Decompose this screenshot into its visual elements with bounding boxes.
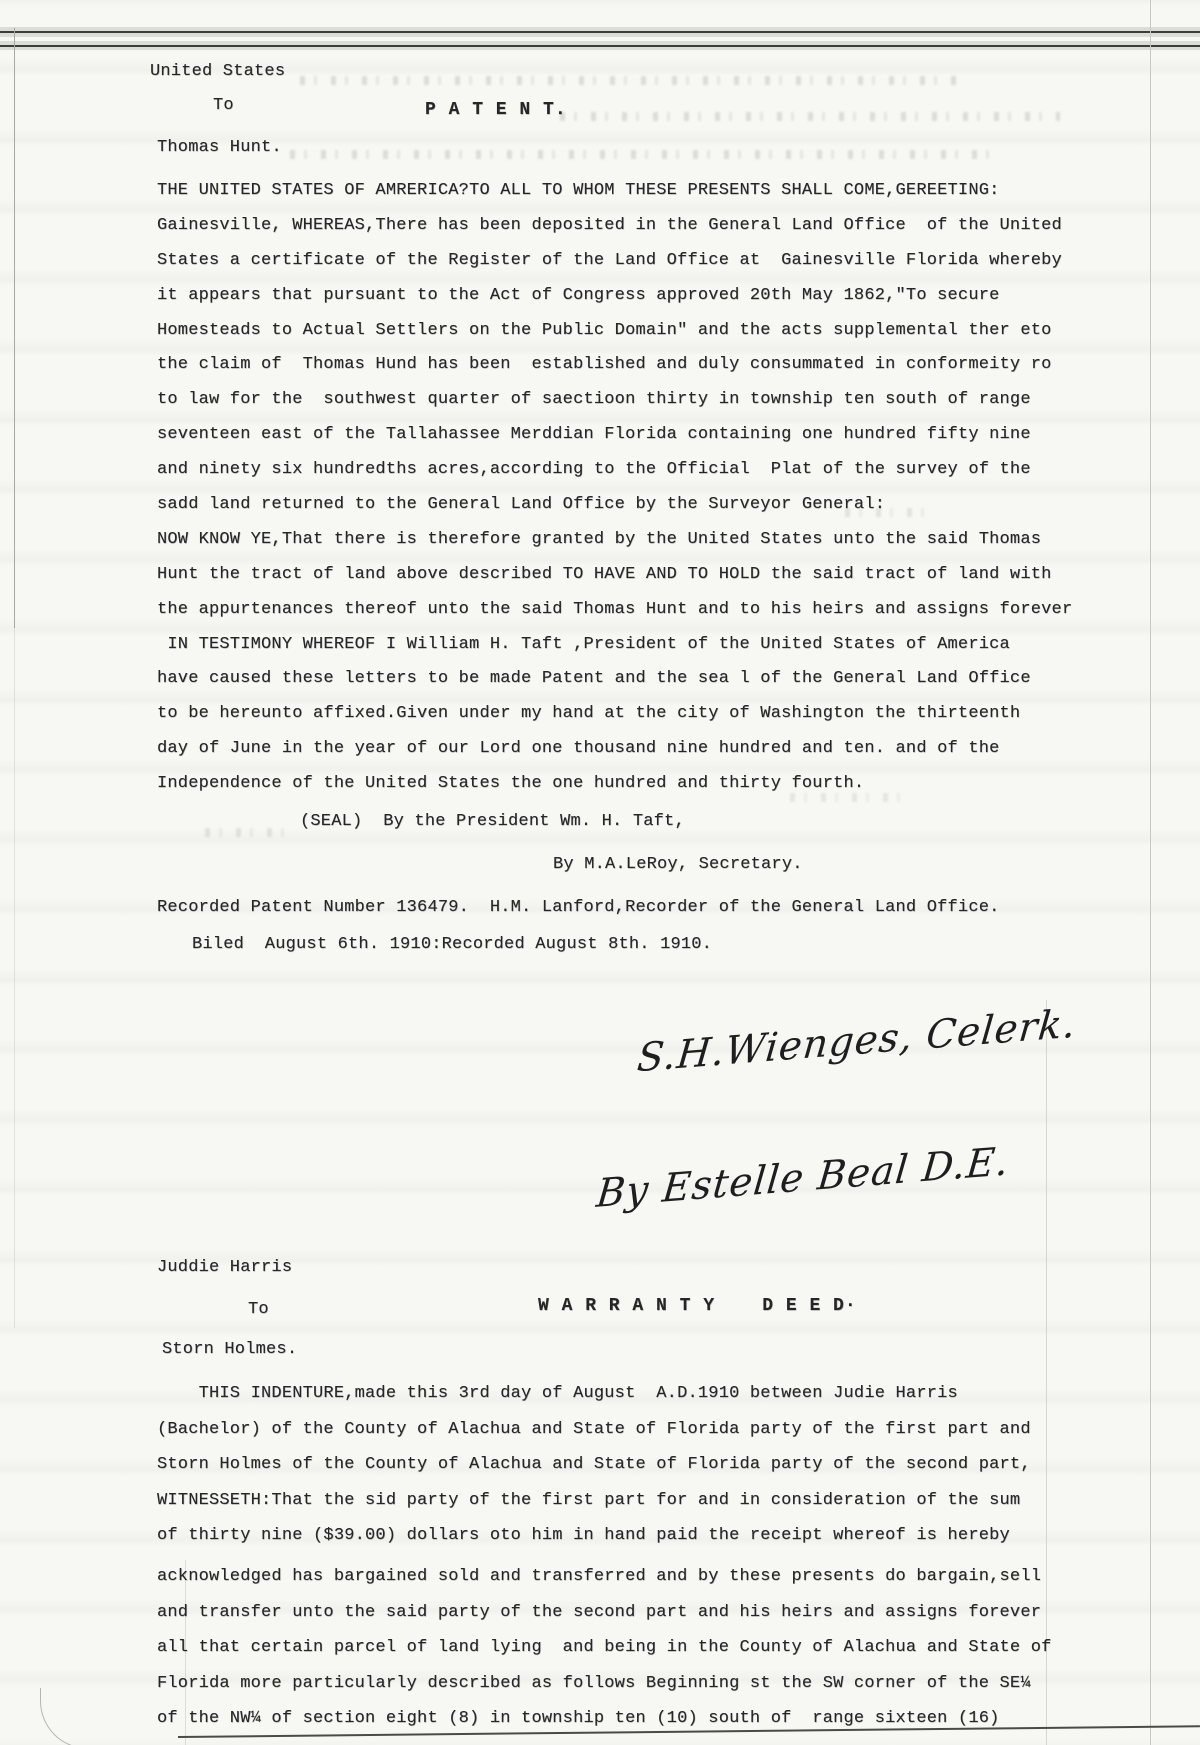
deed-grantor: Juddie Harris [157,1258,292,1277]
patent-body-line: it appears that pursuant to the Act of C… [157,279,1072,314]
patent-body-line: day of June in the year of our Lord one … [157,732,1072,767]
patent-body-line: sadd land returned to the General Land O… [157,488,1072,523]
patent-seal-line: (SEAL) By the President Wm. H. Taft, [300,812,685,831]
patent-filed-line: Biled August 6th. 1910:Recorded August 8… [192,935,712,954]
patent-body-line: Independence of the United States the on… [157,767,1072,802]
left-edge-line-faint [14,628,15,1328]
deed-body-line: acknowledged has bargained sold and tran… [157,1559,1052,1595]
ink-smudge [560,112,1060,121]
top-rule-1 [0,31,1200,33]
top-rule-2 [0,45,1200,47]
patent-body-line: IN TESTIMONY WHEREOF I William H. Taft ,… [157,628,1072,663]
clerk-signature: S.H.Wienges, Celerk. By Estelle Beal D.E… [614,913,1087,1303]
deed-to-label: To [248,1300,269,1319]
deed-body-line: THIS INDENTURE,made this 3rd day of Augu… [157,1376,1052,1412]
patent-body-line: THE UNITED STATES OF AMRERICA?TO ALL TO … [157,174,1072,209]
scanned-document-page: United States To P A T E N T. Thomas Hun… [0,0,1200,1745]
left-edge-line [14,28,15,628]
page-corner-curve [40,1688,111,1745]
patent-body-line: and ninety six hundredths acres,accordin… [157,453,1072,488]
deed-body-line: all that certain parcel of land lying an… [157,1630,1052,1666]
patent-body-line: States a certificate of the Register of … [157,244,1072,279]
deed-body-line: WITNESSETH:That the sid party of the fir… [157,1483,1052,1519]
patent-body-line: Gainesville, WHEREAS,There has been depo… [157,209,1072,244]
clerk-signature-line-2: By Estelle Beal D.E. [594,1136,1065,1217]
deed-body-line: and transfer unto the said party of the … [157,1595,1052,1631]
deed-title: W A R R A N T Y D E E D· [538,1296,857,1316]
patent-secretary-line: By M.A.LeRoy, Secretary. [553,855,803,874]
patent-body-line: the appurtenances thereof unto the said … [157,593,1072,628]
patent-body-line: Homesteads to Actual Settlers on the Pub… [157,314,1072,349]
patent-body-line: seventeen east of the Tallahassee Merddi… [157,418,1072,453]
ink-smudge [290,150,1000,159]
patent-body-line: to be hereunto affixed.Given under my ha… [157,697,1072,732]
patent-recorded-line: Recorded Patent Number 136479. H.M. Lanf… [157,898,1000,917]
patent-body-line: the claim of Thomas Hund has been establ… [157,348,1072,383]
ink-smudge [205,828,295,837]
patent-to-label: To [213,96,234,115]
patent-body-line: Hunt the tract of land above described T… [157,558,1072,593]
deed-body-line: (Bachelor) of the County of Alachua and … [157,1412,1052,1448]
patent-body: THE UNITED STATES OF AMRERICA?TO ALL TO … [157,174,1072,802]
patent-grantor: United States [150,62,285,81]
clerk-signature-line-1: S.H.Wienges, Celerk. [635,1002,1078,1081]
deed-body-line: Storn Holmes of the County of Alachua an… [157,1447,1052,1483]
ink-smudge [300,76,960,85]
patent-title: P A T E N T. [425,100,567,120]
deed-grantee: Storn Holmes. [162,1340,297,1359]
deed-body: THIS INDENTURE,made this 3rd day of Augu… [157,1376,1052,1737]
patent-grantee: Thomas Hunt. [157,138,282,157]
deed-body-line: Florida more particularly described as f… [157,1666,1052,1702]
patent-body-line: NOW KNOW YE,That there is therefore gran… [157,523,1072,558]
patent-body-line: have caused these letters to be made Pat… [157,662,1072,697]
right-fold-line [1150,0,1151,1745]
patent-body-line: to law for the southwest quarter of saec… [157,383,1072,418]
deed-body-line: of thirty nine ($39.00) dollars oto him … [157,1518,1052,1554]
